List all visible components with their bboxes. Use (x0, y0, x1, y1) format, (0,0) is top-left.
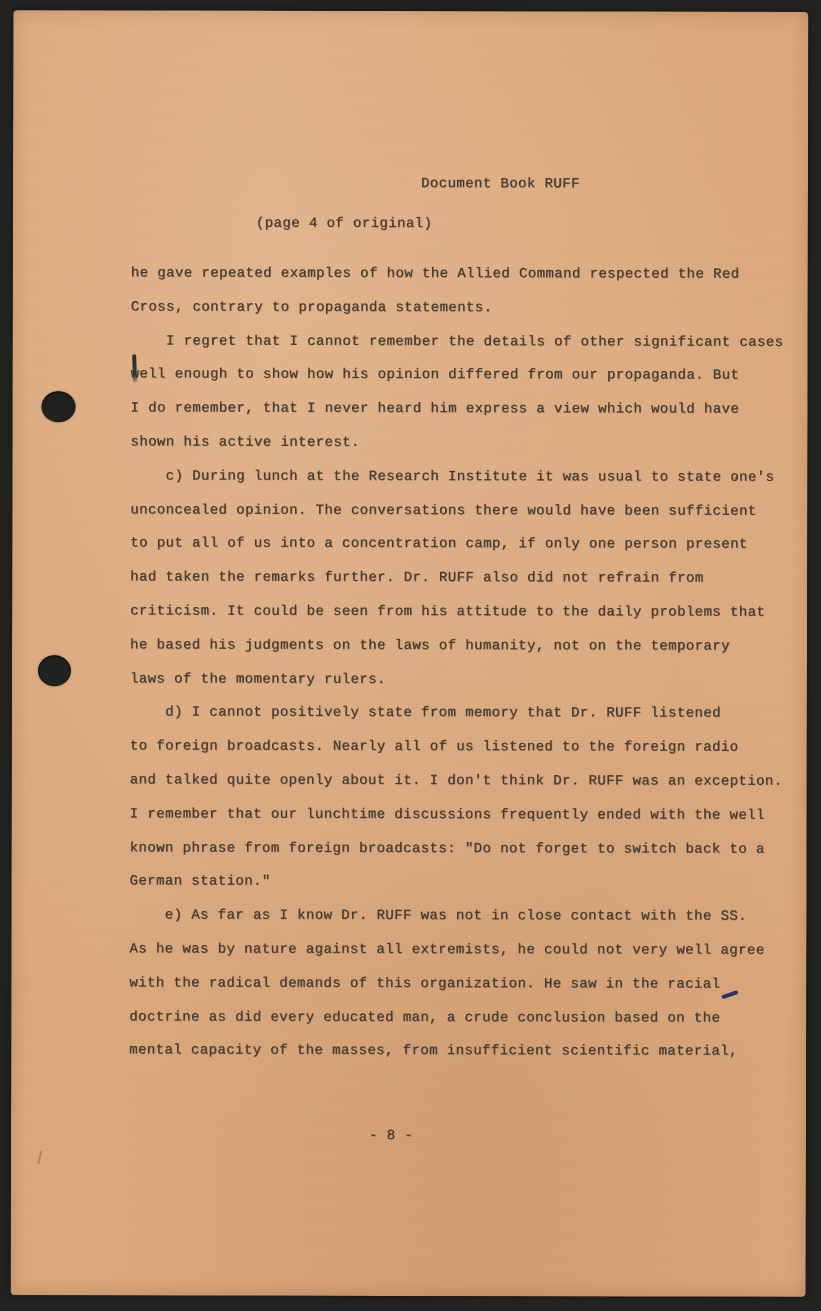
document-body: he gave repeated examples of how the All… (129, 257, 811, 1070)
text-line: doctrine as did every educated man, a cr… (129, 1001, 809, 1036)
text-line: he based his judgments on the laws of hu… (130, 629, 810, 664)
page-reference: (page 4 of original) (256, 216, 432, 232)
text-line: shown his active interest. (130, 426, 810, 461)
text-line: I do remember, that I never heard him ex… (130, 393, 810, 428)
text-line: e) As far as I know Dr. RUFF was not in … (129, 900, 809, 935)
text-line: he gave repeated examples of how the All… (131, 257, 811, 292)
document-page: Document Book RUFF (page 4 of original) … (11, 10, 809, 1297)
page-number: - 8 - (369, 1128, 413, 1144)
text-line: I remember that our lunchtime discussion… (130, 798, 810, 833)
punch-hole-bottom (38, 655, 71, 686)
text-line: to put all of us into a concentration ca… (130, 528, 810, 563)
paper-speck (734, 477, 737, 480)
text-line: unconcealed opinion. The conversations t… (130, 494, 810, 529)
text-line: Cross, contrary to propaganda statements… (131, 291, 811, 326)
text-line: mental capacity of the masses, from insu… (129, 1035, 809, 1070)
text-line: had taken the remarks further. Dr. RUFF … (130, 562, 810, 597)
text-line: German station." (129, 866, 809, 901)
text-line: well enough to show how his opinion diff… (131, 359, 811, 394)
text-line: known phrase from foreign broadcasts: "D… (130, 832, 810, 867)
paper-speck (37, 1150, 42, 1164)
scan-background: Document Book RUFF (page 4 of original) … (0, 0, 821, 1311)
text-line: c) During lunch at the Research Institut… (130, 460, 810, 495)
text-line: I regret that I cannot remember the deta… (131, 325, 811, 360)
text-line: to foreign broadcasts. Nearly all of us … (130, 731, 810, 766)
text-line: and talked quite openly about it. I don'… (130, 764, 810, 799)
text-line: with the radical demands of this organiz… (129, 967, 809, 1002)
document-title: Document Book RUFF (421, 176, 580, 192)
punch-hole-top (41, 391, 75, 422)
text-line: As he was by nature against all extremis… (129, 933, 809, 968)
text-line: laws of the momentary rulers. (130, 663, 810, 698)
text-line: d) I cannot positively state from memory… (130, 697, 810, 732)
text-line: criticism. It could be seen from his att… (130, 595, 810, 630)
